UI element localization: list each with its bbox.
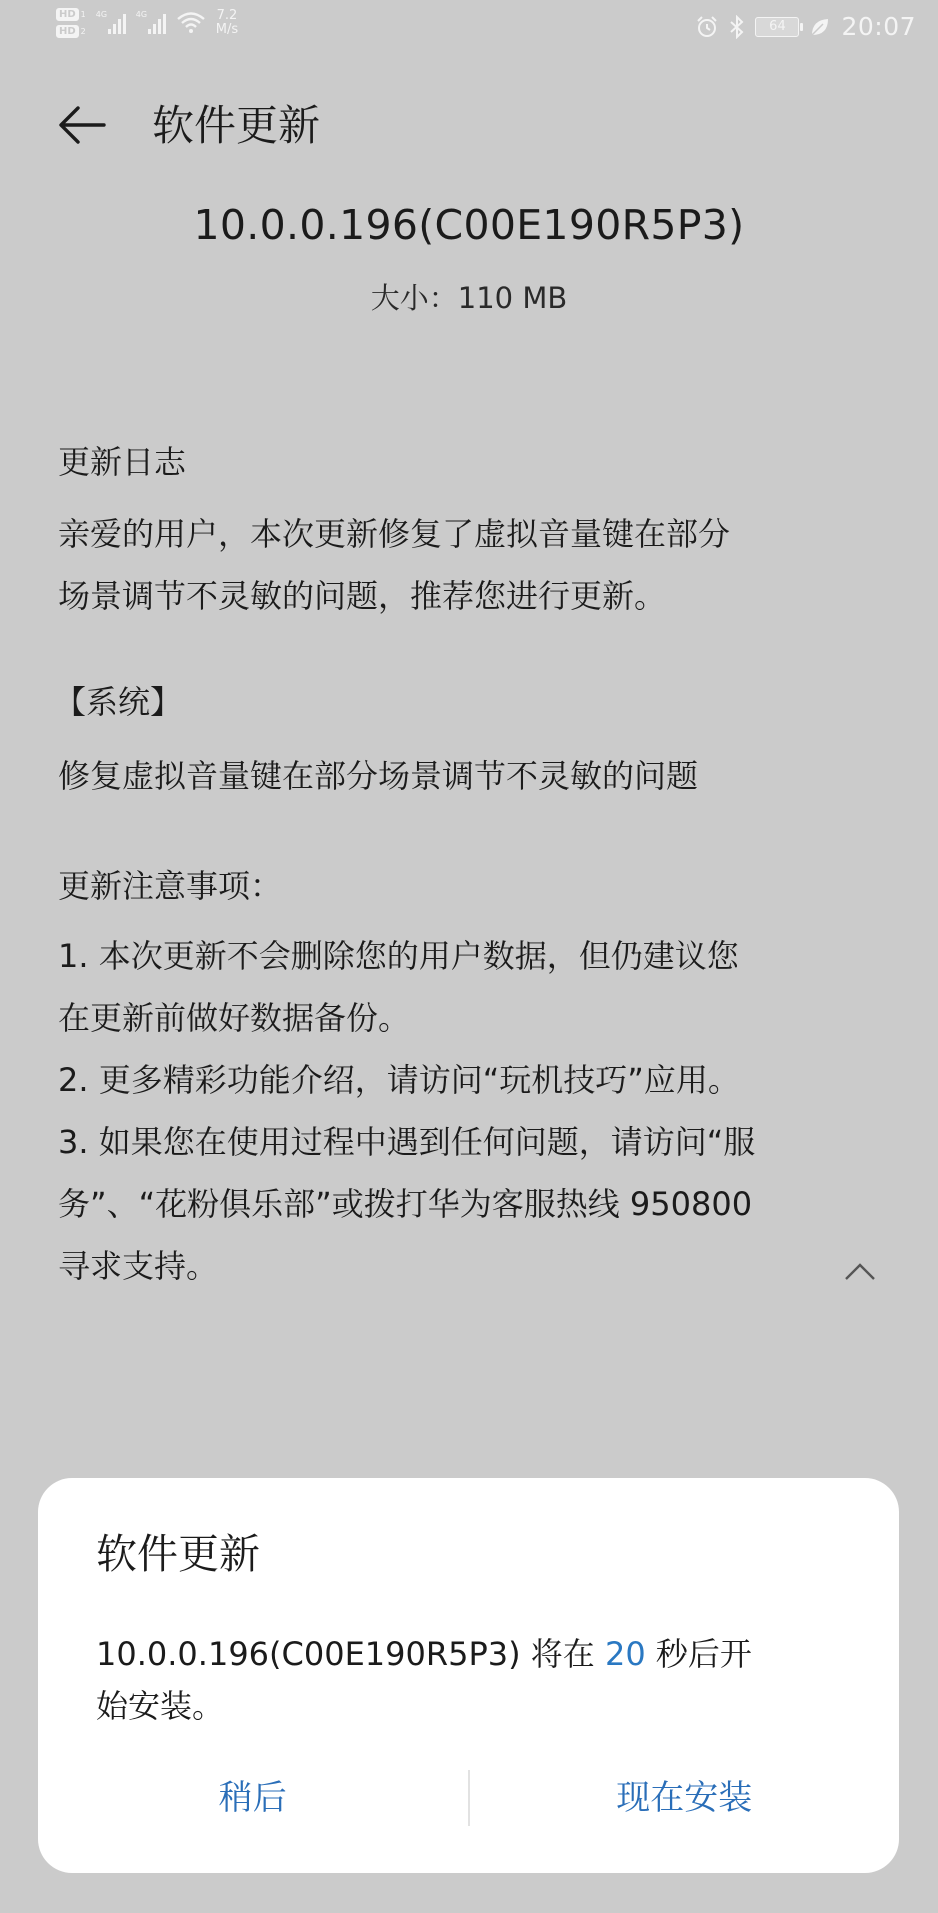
install-now-button[interactable]: 现在安装 xyxy=(470,1760,900,1836)
dialog-title: 软件更新 xyxy=(96,1526,260,1582)
status-bar-right: 64 20:07 xyxy=(695,12,916,41)
battery-icon: 64 xyxy=(755,17,799,37)
chevron-up-icon xyxy=(840,1257,880,1287)
notes-line: 2. 更多精彩功能介绍，请访问“玩机技巧”应用。 xyxy=(58,1049,908,1111)
power-saving-leaf-icon xyxy=(809,16,831,38)
status-bar: HD1 HD2 4G 4G 7.2 M/s xyxy=(0,0,938,56)
software-update-screen: HD1 HD2 4G 4G 7.2 M/s xyxy=(0,0,938,1913)
notes-heading: 更新注意事项： xyxy=(58,864,888,908)
changelog-intro-line: 亲爱的用户，本次更新修复了虚拟音量键在部分 xyxy=(58,503,888,565)
install-countdown-dialog: 软件更新 10.0.0.196(C00E190R5P3) 将在 20 秒后开 始… xyxy=(38,1478,899,1873)
signal-icon: 4G xyxy=(136,8,166,38)
clock: 20:07 xyxy=(841,12,916,41)
update-size: 大小：110 MB xyxy=(0,278,938,318)
system-section-heading: 【系统】 xyxy=(54,680,884,724)
changelog-heading: 更新日志 xyxy=(58,440,888,484)
dialog-actions: 稍后 现在安装 xyxy=(38,1760,899,1836)
back-button[interactable] xyxy=(54,100,110,150)
system-section: 【系统】 xyxy=(54,680,884,724)
hd-volte-indicators: HD1 HD2 xyxy=(56,8,86,38)
arrow-left-icon xyxy=(54,100,110,150)
countdown-seconds: 20 xyxy=(605,1635,646,1673)
notes-line: 3. 如果您在使用过程中遇到任何问题，请访问“服 xyxy=(58,1111,908,1173)
app-bar: 软件更新 xyxy=(0,90,938,162)
notes-line: 在更新前做好数据备份。 xyxy=(58,987,908,1049)
network-speed: 7.2 M/s xyxy=(216,9,238,37)
hd-icon: HD xyxy=(56,25,79,38)
notes-section: 更新注意事项： xyxy=(58,864,888,908)
bluetooth-icon xyxy=(729,15,745,39)
changelog-section: 更新日志 xyxy=(58,440,888,484)
page-title: 软件更新 xyxy=(152,100,320,152)
status-bar-left: HD1 HD2 4G 4G 7.2 M/s xyxy=(56,8,238,38)
signal-icon: 4G xyxy=(96,8,126,38)
hd-icon: HD xyxy=(56,8,79,21)
notes-line: 务”、“花粉俱乐部”或拨打华为客服热线 950800 xyxy=(58,1173,908,1235)
system-section-item: 修复虚拟音量键在部分场景调节不灵敏的问题 xyxy=(58,745,888,807)
system-section-body: 修复虚拟音量键在部分场景调节不灵敏的问题 xyxy=(58,745,888,807)
update-version: 10.0.0.196(C00E190R5P3) xyxy=(0,198,938,252)
alarm-icon xyxy=(695,15,719,39)
changelog-intro-line: 场景调节不灵敏的问题，推荐您进行更新。 xyxy=(58,565,888,627)
wifi-icon xyxy=(176,10,206,36)
changelog-intro: 亲爱的用户，本次更新修复了虚拟音量键在部分 场景调节不灵敏的问题，推荐您进行更新… xyxy=(58,503,888,627)
later-button[interactable]: 稍后 xyxy=(38,1760,468,1836)
dialog-message: 10.0.0.196(C00E190R5P3) 将在 20 秒后开 始安装。 xyxy=(96,1628,856,1732)
notes-list: 1. 本次更新不会删除您的用户数据，但仍建议您 在更新前做好数据备份。 2. 更… xyxy=(58,925,908,1297)
notes-line: 寻求支持。 xyxy=(58,1235,908,1297)
collapse-button[interactable] xyxy=(840,1257,880,1287)
notes-line: 1. 本次更新不会删除您的用户数据，但仍建议您 xyxy=(58,925,908,987)
